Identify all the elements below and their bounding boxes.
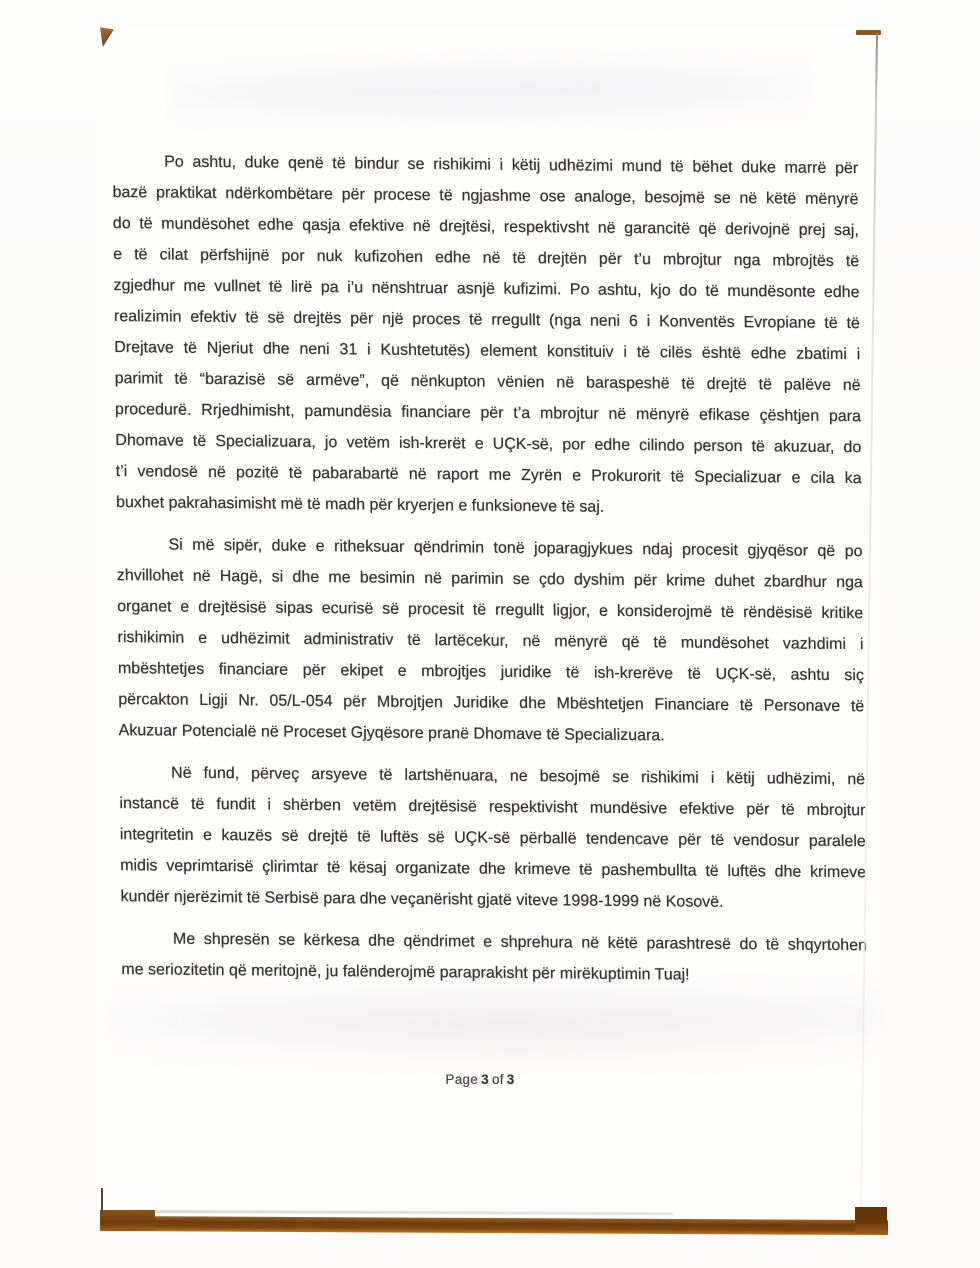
page-bottom-left-tick: [101, 1188, 103, 1213]
footer-page-number: 3: [481, 1072, 489, 1087]
footer-total-pages: 3: [507, 1072, 515, 1087]
paragraph: Si më sipër, duke e ritheksuar qëndrimin…: [116, 529, 864, 753]
footer-word-of: of: [492, 1072, 504, 1087]
desk-surface-band-left-notch: [100, 1210, 155, 1231]
letter-body: Po ashtu, duke qenë të bindur se rishiki…: [112, 146, 867, 992]
scanned-document-canvas: Po ashtu, duke qenë të bindur se rishiki…: [0, 0, 980, 1268]
page-footer: Page3of3: [0, 1072, 960, 1087]
paragraph: Po ashtu, duke qenë të bindur se rishiki…: [112, 146, 862, 525]
paragraph: Në fund, përveç arsyeve të lartshënuara,…: [119, 757, 867, 919]
paragraph: Me shpresën se kërkesa dhe qëndrimet e s…: [121, 923, 868, 992]
desk-surface-band: [101, 1216, 888, 1235]
desk-surface-band-right-block: [855, 1207, 887, 1234]
footer-word-page: Page: [445, 1072, 478, 1087]
